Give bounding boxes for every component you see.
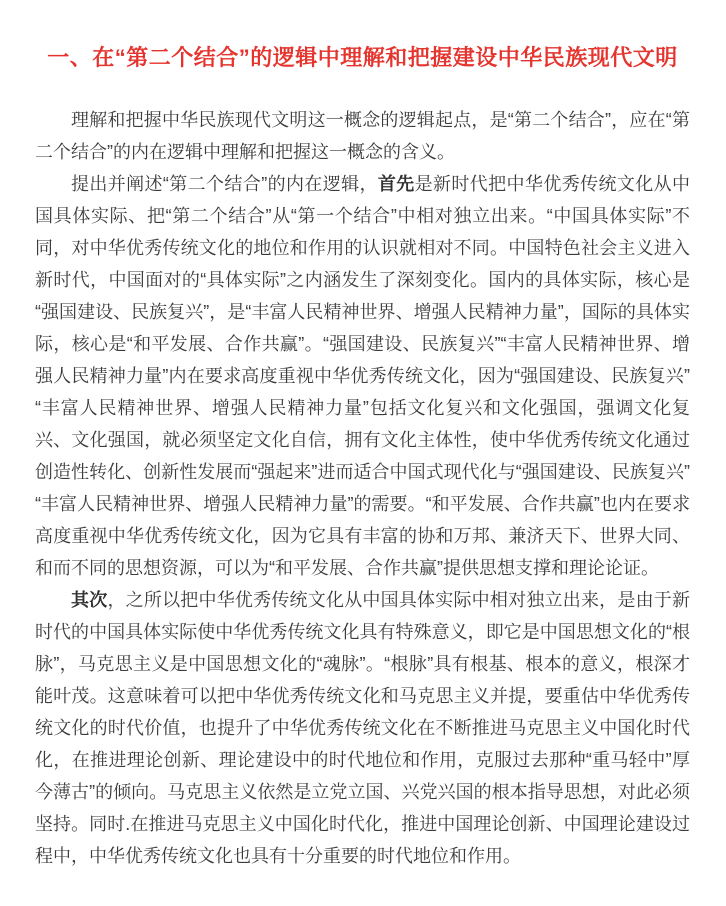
bold-emphasis-secondly: 其次: [71, 590, 107, 610]
paragraph-text: 是新时代把中华优秀传统文化从中国具体实际、把“第二个结合”从“第一个结合”中相对…: [35, 174, 690, 578]
paragraph-3: 其次，之所以把中华优秀传统文化从中国具体实际中相对独立出来，是由于新时代的中国具…: [35, 584, 690, 872]
document-page: 一、在“第二个结合”的逻辑中理解和把握建设中华民族现代文明 理解和把握中华民族现…: [0, 0, 726, 906]
paragraph-text: 理解和把握中华民族现代文明这一概念的逻辑起点，是“第二个结合”，应在“第二个结合…: [35, 110, 690, 162]
paragraph-1: 理解和把握中华民族现代文明这一概念的逻辑起点，是“第二个结合”，应在“第二个结合…: [35, 104, 690, 168]
paragraph-2: 提出并阐述“第二个结合”的内在逻辑，首先是新时代把中华优秀传统文化从中国具体实际…: [35, 168, 690, 584]
section-heading: 一、在“第二个结合”的逻辑中理解和把握建设中华民族现代文明: [35, 44, 690, 72]
bold-emphasis-firstly: 首先: [378, 174, 415, 194]
document-body: 理解和把握中华民族现代文明这一概念的逻辑起点，是“第二个结合”，应在“第二个结合…: [35, 104, 690, 872]
paragraph-text: ，之所以把中华优秀传统文化从中国具体实际中相对独立出来，是由于新时代的中国具体实…: [35, 590, 690, 866]
paragraph-text: 提出并阐述“第二个结合”的内在逻辑，: [71, 174, 378, 194]
